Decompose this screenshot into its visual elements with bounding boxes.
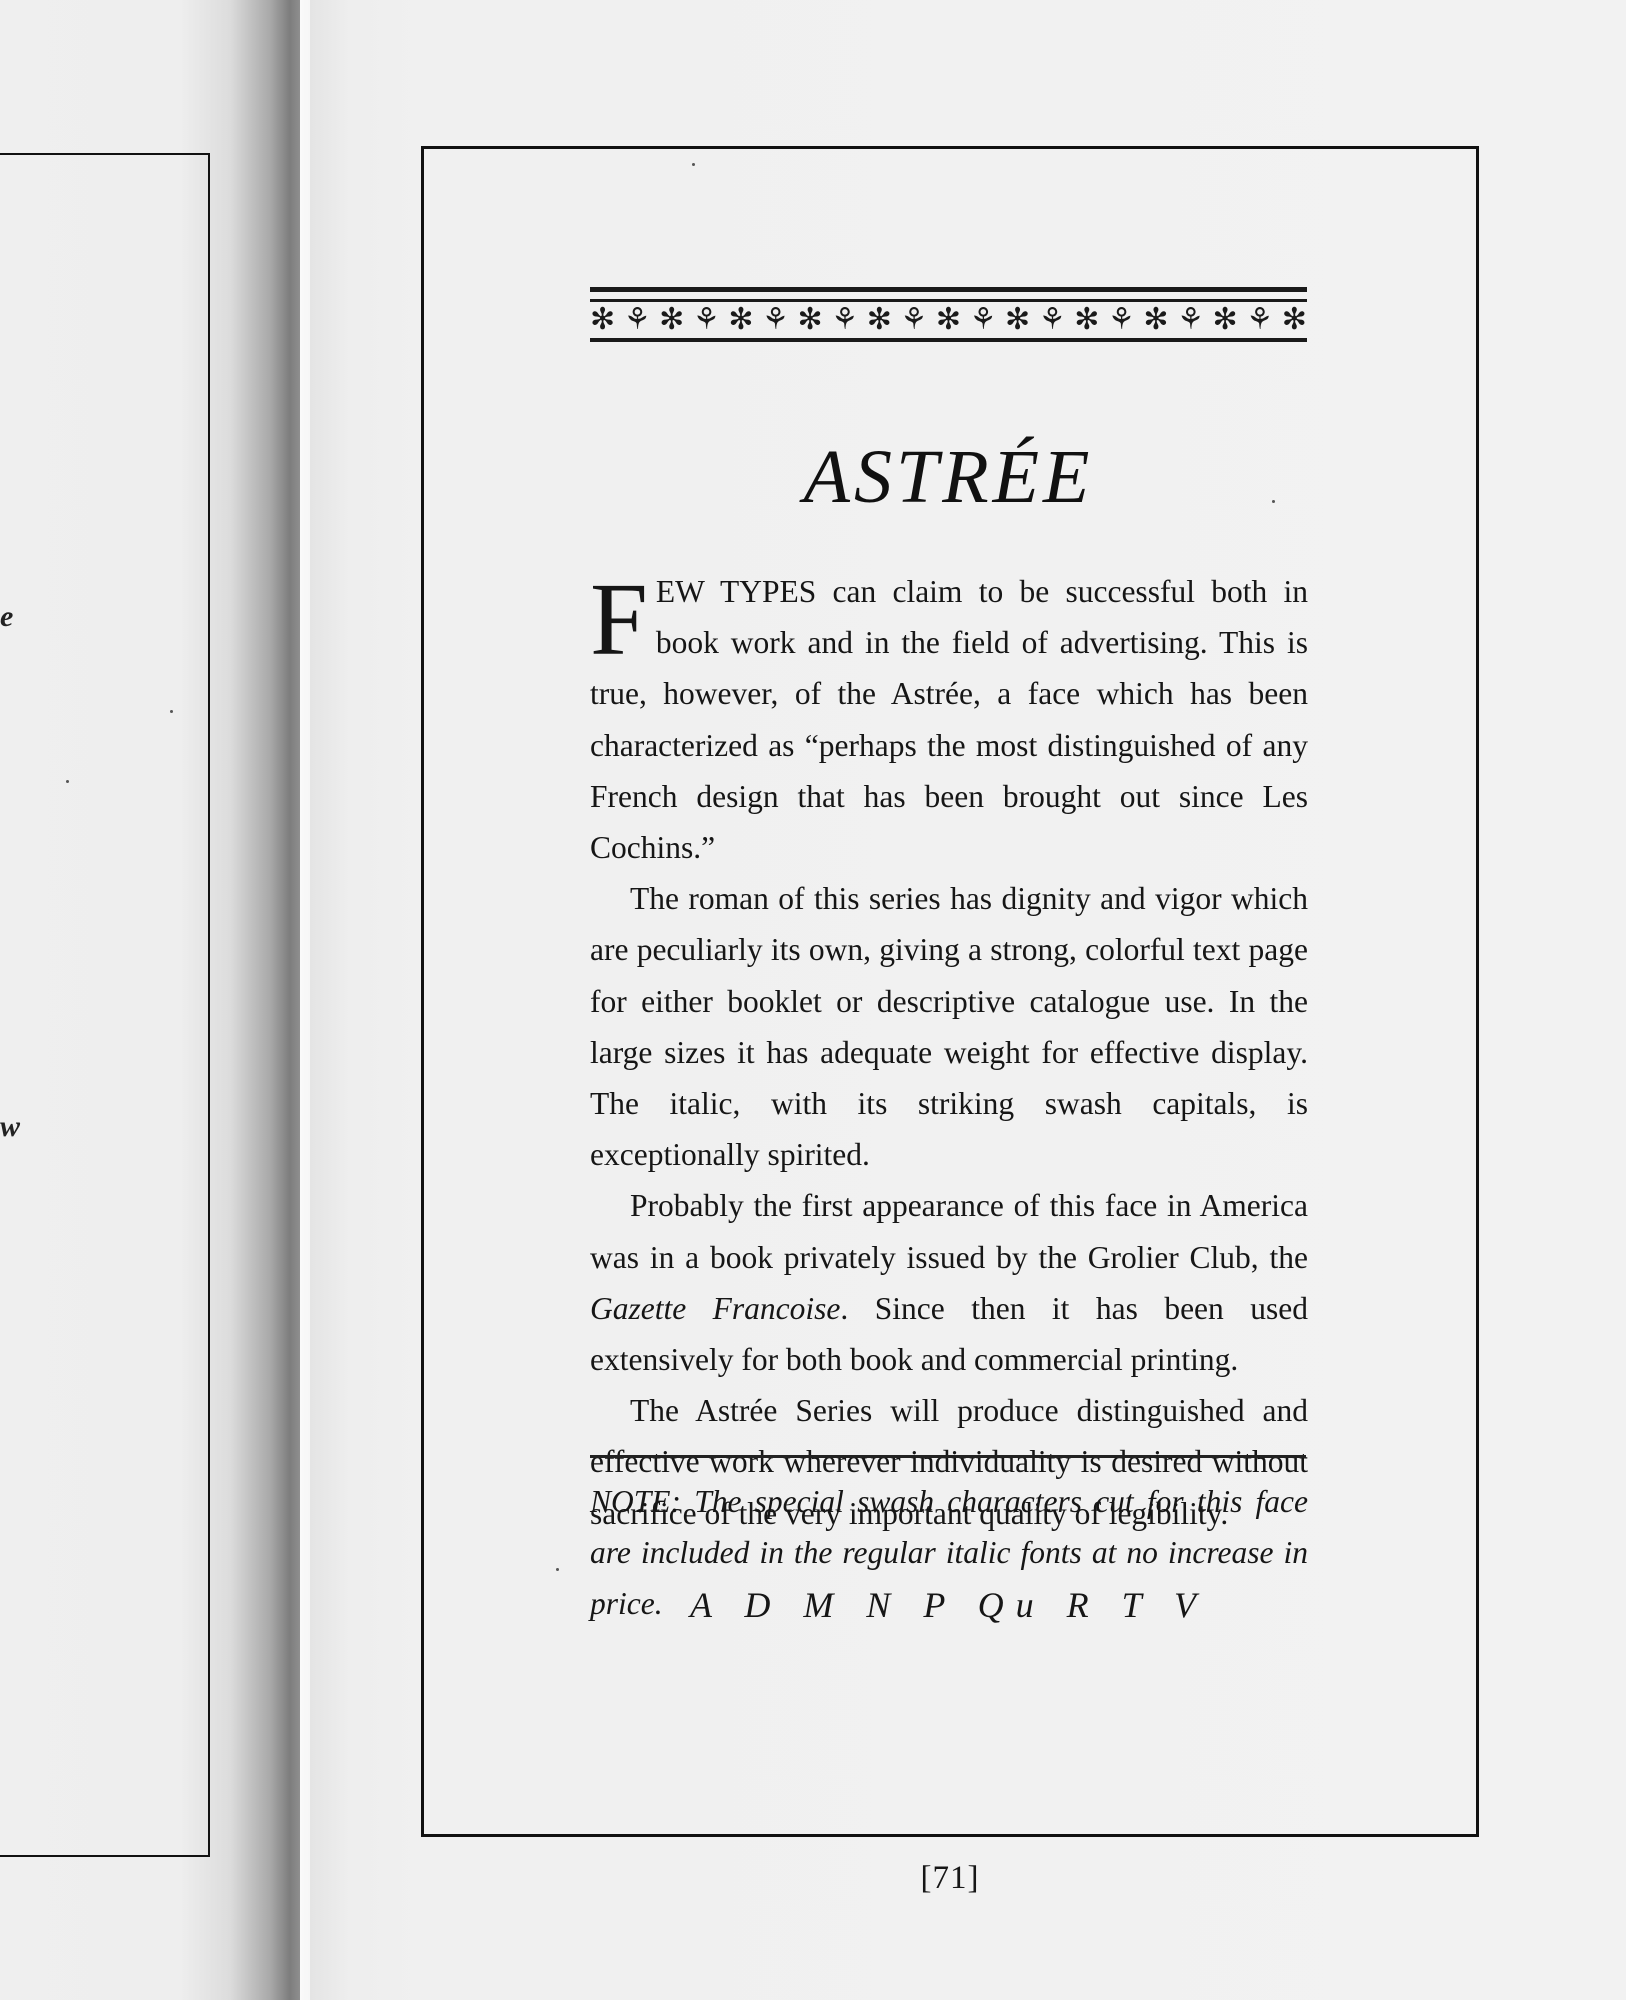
paper-speck bbox=[170, 710, 173, 713]
paragraph-3-text: Probably the first appearance of this fa… bbox=[590, 1188, 1308, 1274]
paragraph-2: The roman of this series has dignity and… bbox=[590, 873, 1308, 1180]
fleuron-ornament-icon: ⚘ bbox=[970, 303, 997, 337]
ornament-rule-bottom bbox=[590, 338, 1307, 342]
body-text: FEW TYPES can claim to be successful bot… bbox=[590, 566, 1308, 1539]
star-flower-ornament-icon: ✻ bbox=[728, 303, 753, 337]
swash-characters: A D M N P Qu R T V bbox=[590, 1584, 1308, 1626]
fleuron-ornament-icon: ⚘ bbox=[1246, 303, 1273, 337]
ornamental-border-band: ✻⚘✻⚘✻⚘✻⚘✻⚘✻⚘✻⚘✻⚘✻⚘✻⚘✻ bbox=[590, 287, 1307, 344]
star-flower-ornament-icon: ✻ bbox=[1005, 303, 1030, 337]
drop-cap: F bbox=[590, 574, 648, 660]
star-flower-ornament-icon: ✻ bbox=[659, 303, 684, 337]
star-flower-ornament-icon: ✻ bbox=[1213, 303, 1238, 337]
left-page-text-fragment: e bbox=[0, 600, 13, 634]
paper-speck bbox=[1272, 500, 1275, 503]
star-flower-ornament-icon: ✻ bbox=[590, 303, 615, 337]
book-title-italic: Gazette Francoise bbox=[590, 1291, 840, 1326]
star-flower-ornament-icon: ✻ bbox=[1074, 303, 1099, 337]
left-page-text-fragment: w bbox=[0, 1110, 20, 1144]
star-flower-ornament-icon: ✻ bbox=[1282, 303, 1307, 337]
horizontal-rule bbox=[590, 1455, 1306, 1458]
lead-caps: EW TYPES bbox=[656, 574, 816, 609]
paragraph-3: Probably the first appearance of this fa… bbox=[590, 1180, 1308, 1385]
fleuron-ornament-icon: ⚘ bbox=[693, 303, 720, 337]
star-flower-ornament-icon: ✻ bbox=[867, 303, 892, 337]
fleuron-ornament-icon: ⚘ bbox=[900, 303, 927, 337]
paper-speck bbox=[556, 1568, 559, 1571]
left-page: e w bbox=[0, 0, 300, 2000]
fleuron-ornament-icon: ⚘ bbox=[1177, 303, 1204, 337]
ornament-row: ✻⚘✻⚘✻⚘✻⚘✻⚘✻⚘✻⚘✻⚘✻⚘✻⚘✻ bbox=[590, 303, 1307, 337]
paragraph-1: FEW TYPES can claim to be successful bot… bbox=[590, 566, 1308, 873]
paragraph-1-text: can claim to be successful both in book … bbox=[590, 574, 1308, 865]
star-flower-ornament-icon: ✻ bbox=[1143, 303, 1168, 337]
ornament-rule-top bbox=[590, 287, 1307, 292]
star-flower-ornament-icon: ✻ bbox=[798, 303, 823, 337]
fleuron-ornament-icon: ⚘ bbox=[624, 303, 651, 337]
left-page-frame bbox=[0, 153, 210, 1857]
page-title: ASTRÉE bbox=[590, 432, 1307, 522]
page-number: [71] bbox=[880, 1860, 1020, 1897]
fleuron-ornament-icon: ⚘ bbox=[1039, 303, 1066, 337]
paper-speck bbox=[66, 780, 69, 783]
fleuron-ornament-icon: ⚘ bbox=[762, 303, 789, 337]
fleuron-ornament-icon: ⚘ bbox=[831, 303, 858, 337]
fleuron-ornament-icon: ⚘ bbox=[1108, 303, 1135, 337]
paper-speck bbox=[692, 163, 695, 166]
star-flower-ornament-icon: ✻ bbox=[936, 303, 961, 337]
